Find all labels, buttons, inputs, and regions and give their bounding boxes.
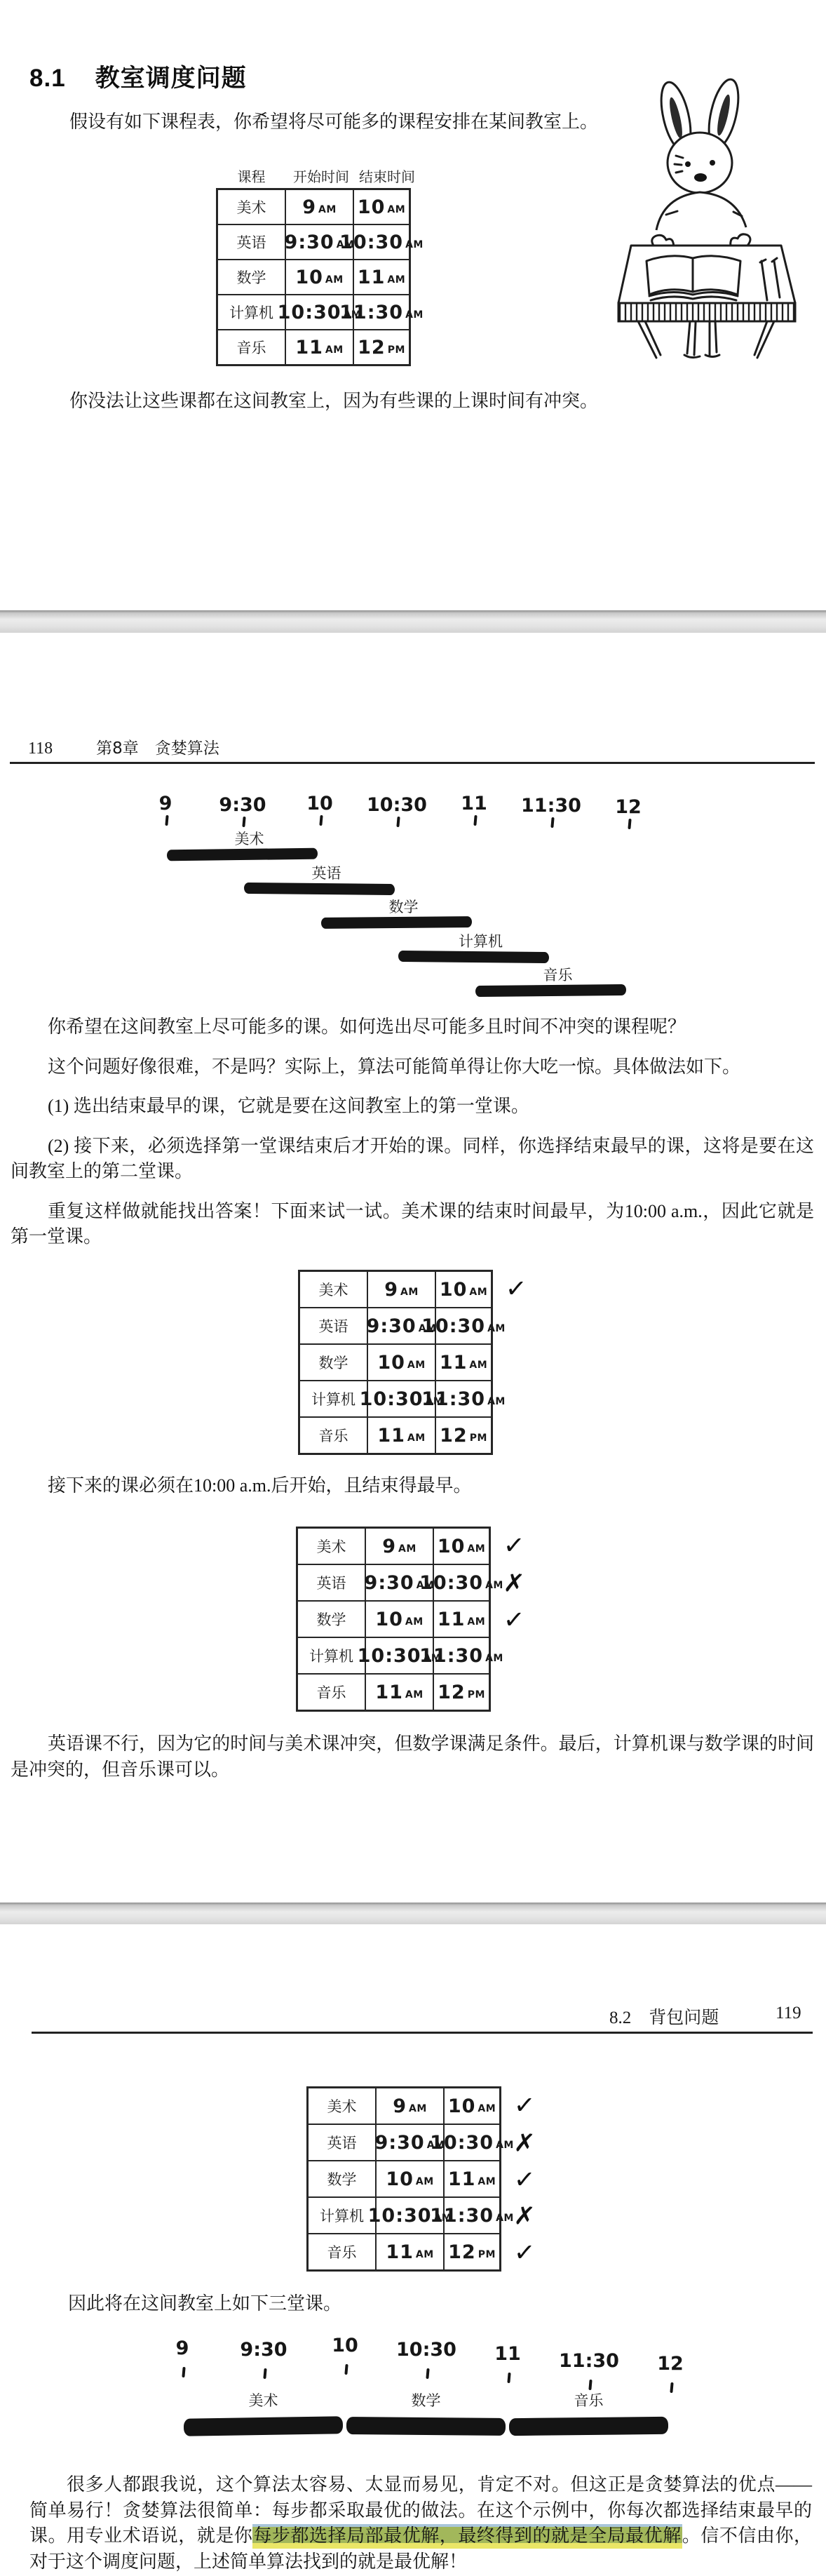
table-row: 英语 9:30AM 10:30AM ✗ xyxy=(306,2125,542,2161)
meridiem-label: AM xyxy=(478,2176,496,2187)
gantt-bar xyxy=(346,2417,506,2436)
mark-icon xyxy=(415,259,452,296)
time-value: 11 xyxy=(375,1682,403,1703)
schedule-table-3: 美术 9AM 10AM ✓ 英语 9:30AM 10:30AM ✗ 数学 10A… xyxy=(296,1527,532,1712)
chapter-title: 第8章 贪婪算法 xyxy=(96,739,219,758)
time-value: 9:30 xyxy=(375,2132,425,2154)
tick-mark xyxy=(507,2373,510,2383)
table-row: 计算机 10:30AM 11:30AM xyxy=(298,1381,534,1418)
book-page-scan: 8.1教室调度问题 假设有如下课程表，你希望将尽可能多的课程安排在某间教室上。 … xyxy=(0,0,826,2576)
time-value: 11 xyxy=(358,267,386,288)
gantt-bar-label: 音乐 xyxy=(550,2389,628,2410)
time-value: 10 xyxy=(358,196,386,218)
end-time-cell: 11AM xyxy=(434,1602,489,1637)
paragraph: 这个问题好像很难，不是吗？实际上，算法可能简单得让你大吃一惊。具体做法如下。 xyxy=(11,1054,814,1080)
meridiem-label: AM xyxy=(434,2213,452,2224)
meridiem-label: AM xyxy=(417,1580,435,1591)
meridiem-label: AM xyxy=(409,2103,427,2114)
table-row: 音乐 11AM 12PM ✓ xyxy=(306,2234,542,2272)
meridiem-label: AM xyxy=(344,309,362,321)
start-time-cell: 10AM xyxy=(377,2161,445,2196)
table-row: 音乐 11AM 12PM xyxy=(298,1418,534,1455)
paragraph: (2) 接下来，必须选择第一堂课结束后才开始的课。同样，你选择结束最早的课，这将… xyxy=(11,1134,814,1185)
gantt-bar xyxy=(321,916,472,929)
mark-icon xyxy=(415,294,452,331)
gantt-bar-label: 数学 xyxy=(388,2389,465,2410)
course-cell: 计算机 xyxy=(300,1381,368,1416)
meridiem-label: AM xyxy=(467,1616,485,1628)
course-cell: 音乐 xyxy=(218,330,286,364)
end-time-cell: 10:30AM xyxy=(434,1565,489,1600)
time-value: 9 xyxy=(382,1536,396,1557)
meridiem-label: AM xyxy=(405,1689,424,1700)
mark-icon xyxy=(415,329,452,367)
column-header-end: 结束时间 xyxy=(356,166,419,186)
tick-mark xyxy=(550,817,554,828)
table-row: 数学 10AM 11AM ✓ xyxy=(306,2161,542,2198)
time-axis-label: 10:30 xyxy=(365,794,428,816)
end-time-cell: 12PM xyxy=(436,1418,491,1453)
course-cell: 音乐 xyxy=(309,2234,377,2269)
table-row: 音乐 11AM 12PM xyxy=(216,330,452,366)
gantt-bar xyxy=(475,984,626,997)
table-row: 数学 10AM 11AM xyxy=(216,260,452,295)
end-time-cell: 10:30AM xyxy=(354,225,409,259)
start-time-cell: 11AM xyxy=(368,1418,436,1453)
time-axis-label: 11:30 xyxy=(557,2350,621,2372)
desk-front xyxy=(618,303,795,321)
tick-mark xyxy=(165,815,168,826)
schedule-table-4: 美术 9AM 10AM ✓ 英语 9:30AM 10:30AM ✗ 数学 10A… xyxy=(306,2086,542,2272)
course-cell: 计算机 xyxy=(218,295,286,329)
paragraph: (1) 选出结束最早的课，它就是要在这间教室上的第一堂课。 xyxy=(11,1094,814,1120)
start-time-cell: 9AM xyxy=(286,190,354,224)
gantt-bar-label: 音乐 xyxy=(520,964,597,985)
end-time-cell: 10AM xyxy=(445,2088,499,2124)
course-cell: 英语 xyxy=(300,1308,368,1343)
table-row: 数学 10AM 11AM xyxy=(298,1345,534,1381)
tick-mark xyxy=(628,819,631,829)
page-separator xyxy=(0,1903,826,1924)
time-axis-label: 12 xyxy=(597,796,660,818)
schedule-table-2: 美术 9AM 10AM ✓ 英语 9:30AM 10:30AM 数学 10AM … xyxy=(298,1270,534,1455)
time-value: 11 xyxy=(377,1425,405,1447)
tick-mark xyxy=(670,2382,673,2393)
mark-icon: ✓ xyxy=(506,2085,543,2126)
time-value: 12 xyxy=(448,2241,476,2263)
meridiem-label: PM xyxy=(388,344,405,356)
meridiem-label: AM xyxy=(325,344,344,356)
time-value: 10 xyxy=(375,1609,403,1630)
time-axis-label: 11 xyxy=(442,793,506,814)
gantt-bar xyxy=(167,848,318,861)
table-row: 美术 9AM 10AM ✓ xyxy=(296,1527,532,1565)
start-time-cell: 10:30AM xyxy=(286,295,354,329)
mark-icon xyxy=(415,187,453,226)
time-axis-label: 10 xyxy=(313,2335,377,2356)
rabbit-head xyxy=(668,133,732,193)
time-value: 10 xyxy=(295,267,323,288)
mark-icon: ✗ xyxy=(506,2124,543,2162)
timeline-2-gantt: 99:301010:301111:3012美术数学音乐 xyxy=(0,2308,826,2462)
start-time-cell: 9:30AM xyxy=(368,1308,436,1343)
course-cell: 英语 xyxy=(309,2125,377,2160)
start-time-cell: 10AM xyxy=(286,260,354,294)
end-time-cell: 12PM xyxy=(445,2234,499,2269)
text-block: 你希望在这间教室上尽可能多的课。如何选出尽可能多且时间不冲突的课程呢？ 这个问题… xyxy=(11,1014,814,1264)
meridiem-label: AM xyxy=(426,1396,444,1407)
time-axis-label: 11:30 xyxy=(520,795,583,817)
table-header: 课程 开始时间 结束时间 xyxy=(216,166,419,186)
table-row: 计算机 10:30AM 11:30AM ✗ xyxy=(306,2198,542,2234)
page-header: 118 第8章 贪婪算法 xyxy=(28,735,219,758)
mark-icon xyxy=(495,1673,533,1712)
desk-legs xyxy=(638,321,774,358)
table-row: 美术 9AM 10AM ✓ xyxy=(306,2086,542,2125)
start-time-cell: 9AM xyxy=(368,1272,436,1307)
meridiem-label: AM xyxy=(398,1543,417,1555)
time-axis-label: 10 xyxy=(288,793,351,814)
gantt-bar-label: 美术 xyxy=(211,828,288,849)
time-value: 10:30 xyxy=(278,302,341,323)
course-cell: 美术 xyxy=(300,1272,368,1307)
course-cell: 美术 xyxy=(309,2088,377,2124)
start-time-cell: 10AM xyxy=(366,1602,434,1637)
tick-mark xyxy=(473,815,477,826)
time-axis-label: 11 xyxy=(476,2343,539,2365)
tick-mark xyxy=(263,2368,266,2379)
course-cell: 音乐 xyxy=(298,1675,366,1710)
time-axis-label: 10:30 xyxy=(395,2339,458,2361)
mark-icon: ✓ xyxy=(495,1600,533,1639)
course-cell: 音乐 xyxy=(300,1418,368,1453)
section-heading: 8.1教室调度问题 xyxy=(29,59,247,94)
gantt-bar xyxy=(244,882,395,894)
time-value: 10:30 xyxy=(360,1388,424,1410)
time-value: 9 xyxy=(384,1279,398,1301)
time-value: 9 xyxy=(302,196,316,218)
mark-icon xyxy=(495,1637,533,1675)
meridiem-label: AM xyxy=(387,204,405,215)
meridiem-label: AM xyxy=(337,239,355,250)
course-cell: 数学 xyxy=(298,1602,366,1637)
end-time-cell: 12PM xyxy=(354,330,409,364)
end-time-cell: 10:30AM xyxy=(445,2125,499,2160)
mark-icon xyxy=(497,1343,535,1382)
time-value: 11 xyxy=(440,1352,468,1374)
column-header-start: 开始时间 xyxy=(287,166,356,186)
meridiem-label: AM xyxy=(416,2249,434,2260)
time-value: 10 xyxy=(377,1352,405,1374)
meridiem-label: AM xyxy=(407,1433,426,1444)
gantt-bar xyxy=(398,950,549,962)
page-separator xyxy=(0,610,826,633)
time-axis-label: 9:30 xyxy=(211,794,274,816)
gantt-bar-label: 英语 xyxy=(288,862,365,883)
time-value: 10 xyxy=(438,1536,466,1557)
closing-paragraph: 很多人都跟我说，这个算法太容易、太显而易见，肯定不对。但这正是贪婪算法的优点——… xyxy=(29,2472,812,2575)
end-time-cell: 11AM xyxy=(445,2161,499,2196)
time-value: 12 xyxy=(438,1682,466,1703)
mark-icon xyxy=(497,1380,535,1418)
meridiem-label: AM xyxy=(400,1287,419,1298)
start-time-cell: 10AM xyxy=(368,1345,436,1380)
end-time-cell: 11:30AM xyxy=(436,1381,491,1416)
rabbit-body xyxy=(652,192,750,250)
tick-mark xyxy=(242,817,245,827)
time-axis-label: 9 xyxy=(134,793,197,814)
meridiem-label: AM xyxy=(427,2140,445,2151)
table-row: 美术 9AM 10AM ✓ xyxy=(298,1270,534,1308)
mark-icon: ✓ xyxy=(495,1525,533,1566)
start-time-cell: 9:30AM xyxy=(286,225,354,259)
time-value: 10:30 xyxy=(358,1645,421,1667)
meridiem-label: PM xyxy=(470,1433,487,1444)
start-time-cell: 10:30AM xyxy=(366,1638,434,1673)
header-rule xyxy=(32,2032,813,2034)
mark-icon xyxy=(415,224,452,261)
course-cell: 计算机 xyxy=(309,2198,377,2233)
time-value: 10:30 xyxy=(368,2205,432,2227)
section-ref: 8.2 背包问题 xyxy=(609,2004,719,2029)
table-row: 计算机 10:30AM 11:30AM xyxy=(296,1638,532,1675)
section-number: 8.1 xyxy=(29,65,66,92)
paragraph: 重复这样做就能找出答案！下面来试一试。美术课的结束时间最早，为10:00 a.m… xyxy=(11,1199,814,1250)
course-cell: 英语 xyxy=(218,225,286,259)
meridiem-label: AM xyxy=(467,1543,485,1555)
course-cell: 英语 xyxy=(298,1565,366,1600)
end-time-cell: 10:30AM xyxy=(436,1308,491,1343)
highlight-text: 每步都选择局部最优解，最终得到的就是全局最优解 xyxy=(252,2524,682,2549)
end-time-cell: 10AM xyxy=(354,190,409,224)
tick-mark xyxy=(319,815,323,826)
meridiem-label: AM xyxy=(325,274,344,286)
tick-mark xyxy=(588,2380,592,2390)
time-value: 11 xyxy=(295,337,323,358)
start-time-cell: 10:30AM xyxy=(377,2198,445,2233)
table-row: 数学 10AM 11AM ✓ xyxy=(296,1602,532,1638)
meridiem-label: AM xyxy=(469,1360,487,1371)
meridiem-label: AM xyxy=(424,1653,442,1664)
paragraph: 接下来的课必须在10:00 a.m.后开始，且结束得最早。 xyxy=(11,1473,814,1499)
time-value: 10 xyxy=(386,2168,414,2190)
time-value: 12 xyxy=(440,1425,468,1447)
start-time-cell: 9AM xyxy=(377,2088,445,2124)
table-row: 计算机 10:30AM 11:30AM xyxy=(216,295,452,330)
time-value: 11 xyxy=(386,2241,414,2263)
page-number: 119 xyxy=(776,2004,801,2023)
course-cell: 计算机 xyxy=(298,1638,366,1673)
time-value: 10 xyxy=(440,1279,468,1301)
gantt-bar xyxy=(509,2417,668,2436)
header-rule xyxy=(10,762,815,764)
end-time-cell: 10AM xyxy=(436,1272,491,1307)
mark-icon: ✓ xyxy=(506,2233,543,2272)
mark-icon xyxy=(497,1307,535,1346)
time-value: 9 xyxy=(393,2095,407,2117)
timeline-1-gantt: 99:301010:301111:3012美术英语数学计算机音乐 xyxy=(0,787,826,1019)
mark-icon: ✗ xyxy=(506,2196,543,2235)
paragraph: 你没法让这些课都在这间教室上，因为有些课的上课时间有冲突。 xyxy=(32,389,797,415)
meridiem-label: PM xyxy=(468,1689,485,1700)
gantt-bar xyxy=(184,2416,343,2436)
mark-icon: ✗ xyxy=(495,1564,533,1602)
time-value: 11 xyxy=(448,2168,476,2190)
course-cell: 美术 xyxy=(218,190,286,224)
end-time-cell: 11:30AM xyxy=(445,2198,499,2233)
start-time-cell: 9:30AM xyxy=(377,2125,445,2160)
schedule-table-1: 美术 9AM 10AM 英语 9:30AM 10:30AM 数学 10AM 11… xyxy=(216,188,452,366)
start-time-cell: 11AM xyxy=(377,2234,445,2269)
tick-mark xyxy=(182,2367,185,2377)
end-time-cell: 11:30AM xyxy=(354,295,409,329)
mark-icon: ✓ xyxy=(506,2160,543,2199)
time-value: 10 xyxy=(448,2095,476,2117)
start-time-cell: 9AM xyxy=(366,1529,434,1564)
tick-mark xyxy=(426,2368,429,2379)
column-header-course: 课程 xyxy=(216,166,287,186)
course-cell: 数学 xyxy=(300,1345,368,1380)
page-number: 118 xyxy=(28,739,53,758)
section-title: 教室调度问题 xyxy=(95,65,247,92)
meridiem-label: AM xyxy=(478,2103,496,2114)
time-axis-label: 12 xyxy=(639,2353,702,2375)
time-value: 9:30 xyxy=(365,1572,414,1594)
course-cell: 数学 xyxy=(309,2161,377,2196)
end-time-cell: 10AM xyxy=(434,1529,489,1564)
course-cell: 美术 xyxy=(298,1529,366,1564)
start-time-cell: 11AM xyxy=(366,1675,434,1710)
mark-icon: ✓ xyxy=(497,1268,535,1309)
time-axis-label: 9 xyxy=(151,2337,214,2359)
meridiem-label: AM xyxy=(407,1360,426,1371)
time-axis-label: 9:30 xyxy=(232,2339,295,2361)
tick-mark xyxy=(396,817,400,827)
table-row: 英语 9:30AM 10:30AM xyxy=(216,225,452,260)
end-time-cell: 11AM xyxy=(354,260,409,294)
time-value: 9:30 xyxy=(285,232,334,253)
start-time-cell: 10:30AM xyxy=(368,1381,436,1416)
desk xyxy=(618,246,795,303)
tick-mark xyxy=(344,2364,348,2375)
time-value: 9:30 xyxy=(367,1315,417,1337)
rabbit-illustration xyxy=(617,77,808,365)
end-time-cell: 11AM xyxy=(436,1345,491,1380)
paragraph: 你希望在这间教室上尽可能多的课。如何选出尽可能多且时间不冲突的课程呢？ xyxy=(11,1014,814,1040)
table-row: 音乐 11AM 12PM xyxy=(296,1675,532,1712)
table-row: 英语 9:30AM 10:30AM ✗ xyxy=(296,1565,532,1602)
table-row: 美术 9AM 10AM xyxy=(216,188,452,225)
end-time-cell: 12PM xyxy=(434,1675,489,1710)
start-time-cell: 9:30AM xyxy=(366,1565,434,1600)
gantt-bar-label: 数学 xyxy=(365,896,442,917)
meridiem-label: AM xyxy=(318,204,337,215)
meridiem-label: AM xyxy=(469,1287,487,1298)
meridiem-label: AM xyxy=(387,274,405,286)
mark-icon xyxy=(497,1416,535,1456)
gantt-bar-label: 美术 xyxy=(225,2389,302,2410)
time-value: 12 xyxy=(358,337,386,358)
meridiem-label: AM xyxy=(416,2176,434,2187)
table-row: 英语 9:30AM 10:30AM xyxy=(298,1308,534,1345)
meridiem-label: AM xyxy=(419,1323,437,1334)
meridiem-label: PM xyxy=(478,2249,496,2260)
meridiem-label: AM xyxy=(405,1616,424,1628)
course-cell: 数学 xyxy=(218,260,286,294)
time-value: 11 xyxy=(438,1609,466,1630)
end-time-cell: 11:30AM xyxy=(434,1638,489,1673)
gantt-bar-label: 计算机 xyxy=(442,930,520,951)
start-time-cell: 11AM xyxy=(286,330,354,364)
paragraph: 英语课不行，因为它的时间与美术课冲突，但数学课满足条件。最后，计算机课与数学课的… xyxy=(11,1731,814,1783)
